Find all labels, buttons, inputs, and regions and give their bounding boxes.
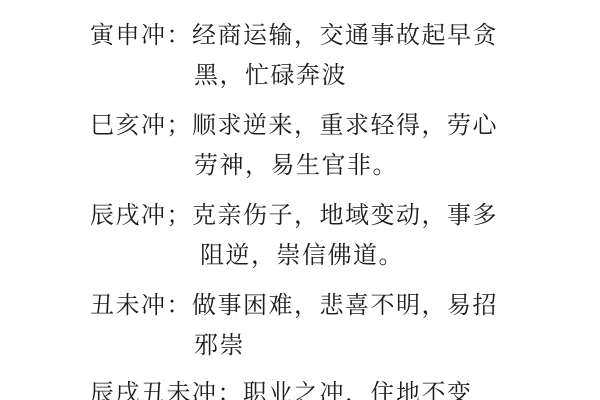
entry-text: 顺求逆来，重求轻得，劳心 bbox=[192, 111, 498, 139]
entry-term: 辰戌丑未冲： bbox=[90, 379, 243, 400]
entry-text: 克亲伤子，地域变动，事多 bbox=[192, 201, 498, 229]
entry-5-line-1: 辰戌丑未冲：职业之冲，住地不变 bbox=[90, 378, 473, 400]
entry-term: 巳亥冲； bbox=[90, 111, 192, 139]
entry-term: 丑未冲： bbox=[90, 291, 192, 319]
entry-text-continued: 劳神，易生官非。 bbox=[194, 151, 398, 179]
entry-3-line-2: 阻逆，崇信佛道。 bbox=[200, 240, 404, 270]
entry-text-continued: 阻逆，崇信佛道。 bbox=[200, 241, 404, 269]
document-page: 寅申冲：经商运输，交通事故起早贪 黑，忙碌奔波 巳亥冲；顺求逆来，重求轻得，劳心… bbox=[0, 0, 600, 400]
entry-text: 职业之冲，住地不变 bbox=[243, 379, 473, 400]
entry-4-line-2: 邪崇 bbox=[194, 330, 245, 360]
entry-text: 经商运输，交通事故起早贪 bbox=[192, 21, 498, 49]
entry-text-continued: 黑，忙碌奔波 bbox=[194, 61, 347, 89]
entry-term: 辰戌冲； bbox=[90, 201, 192, 229]
entry-2-line-1: 巳亥冲；顺求逆来，重求轻得，劳心 bbox=[90, 110, 498, 140]
entry-term: 寅申冲： bbox=[90, 21, 192, 49]
entry-2-line-2: 劳神，易生官非。 bbox=[194, 150, 398, 180]
entry-1-line-1: 寅申冲：经商运输，交通事故起早贪 bbox=[90, 20, 498, 50]
entry-4-line-1: 丑未冲：做事困难，悲喜不明，易招 bbox=[90, 290, 498, 320]
entry-text-continued: 邪崇 bbox=[194, 331, 245, 359]
entry-1-line-2: 黑，忙碌奔波 bbox=[194, 60, 347, 90]
entry-text: 做事困难，悲喜不明，易招 bbox=[192, 291, 498, 319]
cropped-previous-line bbox=[175, 0, 425, 2]
entry-3-line-1: 辰戌冲；克亲伤子，地域变动，事多 bbox=[90, 200, 498, 230]
